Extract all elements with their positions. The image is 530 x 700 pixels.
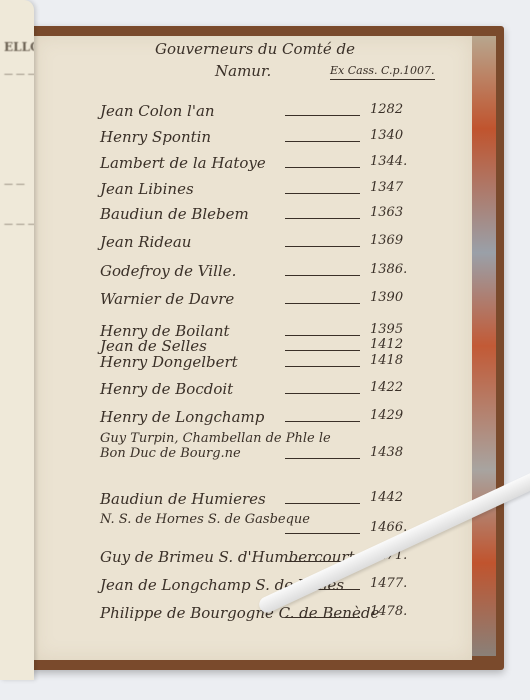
governor-name: Guy Turpin, Chambellan de Phle le Bon Du… <box>100 431 360 461</box>
heading-line-2: Namur. <box>215 62 271 80</box>
governor-entry: N. S. de Hornes S. de Gasbeque1466. <box>100 520 420 544</box>
leader-line <box>285 335 360 336</box>
governor-name: Philippe de Bourgogne C. de Benède <box>100 604 379 622</box>
leader-line <box>285 218 360 219</box>
leader-line <box>285 617 360 618</box>
facing-page: ELLORY — — — — — — — — <box>0 0 34 680</box>
leader-line <box>285 141 360 142</box>
heading-line-1: Gouverneurs du Comté de <box>155 40 355 58</box>
facing-page-text: — — — <box>4 220 34 230</box>
leader-line <box>285 393 360 394</box>
governor-name: Godefroy de Ville. <box>100 262 236 280</box>
governor-entry: Baudiun de Humieres1442 <box>100 490 420 514</box>
leader-line <box>285 167 360 168</box>
governor-year: 1395 <box>370 322 403 337</box>
governor-year: 1438 <box>370 445 403 460</box>
governor-year: 1412 <box>370 337 403 352</box>
governor-entry: Jean Libines1347 <box>100 180 420 204</box>
governor-year: 1344. <box>370 154 407 169</box>
governor-entry: Baudiun de Blebem1363 <box>100 205 420 229</box>
leader-line <box>285 193 360 194</box>
governor-year: 1347 <box>370 180 403 195</box>
governor-name: N. S. de Hornes S. de Gasbeque <box>100 512 360 527</box>
governor-entry: Henry de Longchamp1429 <box>100 408 420 432</box>
leader-line <box>285 246 360 247</box>
archive-reference: Ex Cass. C.p.1007. <box>330 64 435 80</box>
governor-name: Henry Spontin <box>100 128 211 146</box>
facing-page-fragment: ELLORY <box>4 40 34 54</box>
governor-name: Henry Dongelbert <box>100 353 238 371</box>
leader-line <box>285 503 360 504</box>
facing-page-text: — — — <box>4 70 34 80</box>
leader-line <box>285 350 360 351</box>
governor-name: Jean Colon l'an <box>100 102 215 120</box>
governor-name: Warnier de Davre <box>100 290 234 308</box>
governor-entry: Henry de Bocdoit1422 <box>100 380 420 404</box>
governor-year: 1478. <box>370 604 407 619</box>
governor-entry: Lambert de la Hatoye1344. <box>100 154 420 178</box>
governor-year: 1340 <box>370 128 403 143</box>
leader-line <box>285 303 360 304</box>
governor-name: Henry de Longchamp <box>100 408 264 426</box>
governor-year: 1429 <box>370 408 403 423</box>
governor-entry: Warnier de Davre1390 <box>100 290 420 314</box>
leader-line <box>285 275 360 276</box>
facing-page-text: — — <box>4 180 25 190</box>
leader-line <box>285 533 360 534</box>
governor-entry: Guy Turpin, Chambellan de Phle le Bon Du… <box>100 445 420 469</box>
leader-line <box>285 115 360 116</box>
governor-year: 1282 <box>370 102 403 117</box>
leader-line <box>285 458 360 459</box>
governor-entry: Godefroy de Ville.1386. <box>100 262 420 286</box>
leader-line <box>285 366 360 367</box>
governor-year: 1442 <box>370 490 403 505</box>
governor-entry: Jean Colon l'an1282 <box>100 102 420 126</box>
governor-name: Jean Rideau <box>100 233 191 251</box>
governor-name: Baudiun de Humieres <box>100 490 266 508</box>
governor-entry: Henry Spontin1340 <box>100 128 420 152</box>
governor-name: Lambert de la Hatoye <box>100 154 266 172</box>
marbled-edge <box>470 36 496 656</box>
governor-entry: Henry Dongelbert1418 <box>100 353 420 377</box>
governor-name: Henry de Bocdoit <box>100 380 233 398</box>
leader-line <box>285 421 360 422</box>
governor-year: 1477. <box>370 576 407 591</box>
governor-year: 1386. <box>370 262 407 277</box>
governor-name: Guy de Brimeu S. d'Humbercourt <box>100 548 355 566</box>
governor-name: Baudiun de Blebem <box>100 205 249 223</box>
governor-year: 1422 <box>370 380 403 395</box>
governor-name: Jean Libines <box>100 180 194 198</box>
governor-entry: Jean de Longchamp S. de Wines1477. <box>100 576 420 600</box>
governor-year: 1418 <box>370 353 403 368</box>
governor-entry: Jean Rideau1369 <box>100 233 420 257</box>
governor-year: 1369 <box>370 233 403 248</box>
governor-year: 1363 <box>370 205 403 220</box>
governor-year: 1390 <box>370 290 403 305</box>
